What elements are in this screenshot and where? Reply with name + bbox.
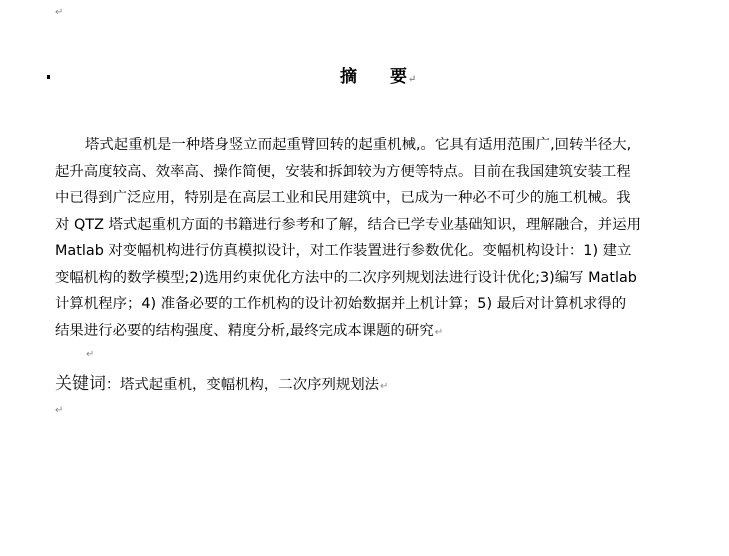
paragraph-mark: ↵ <box>86 350 94 360</box>
abstract-line: 中已得到广泛应用，特别是在高层工业和民用建筑中，已成为一种必不可少的施工机械。我 <box>55 185 705 212</box>
paragraph-mark: ↵ <box>55 8 63 18</box>
keywords-label: 关键词 <box>55 374 106 394</box>
paragraph-mark: ↵ <box>380 381 388 392</box>
title-char-1: 摘 <box>340 67 357 87</box>
abstract-line: 计算机程序；4) 准备必要的工作机构的设计初始数据并上机计算；5) 最后对计算机… <box>55 291 705 318</box>
paragraph-mark: ↵ <box>55 406 63 416</box>
abstract-line-last: 结果进行必要的结构强度、精度分析,最终完成本课题的研究↵ <box>55 318 705 345</box>
abstract-line: Matlab 对变幅机构进行仿真模拟设计，对工作装置进行参数优化。变幅机构设计：… <box>55 238 705 265</box>
keywords-line[interactable]: 关键词：塔式起重机，变幅机构，二次序列规划法↵ <box>55 372 388 399</box>
keywords-colon: ： <box>106 377 120 393</box>
abstract-body[interactable]: 塔式起重机是一种塔身竖立而起重臂回转的起重机械,。它具有适用范围广,回转半径大,… <box>55 132 705 344</box>
paragraph-mark: ↵ <box>408 74 416 85</box>
abstract-line: 塔式起重机是一种塔身竖立而起重臂回转的起重机械,。它具有适用范围广,回转半径大, <box>55 132 705 159</box>
abstract-line: 变幅机构的数学模型;2)选用约束优化方法中的二次序列规划法进行设计优化;3)编写… <box>55 265 705 292</box>
abstract-line: 对 QTZ 塔式起重机方面的书籍进行参考和了解，结合已学专业基础知识，理解融合，… <box>55 212 705 239</box>
abstract-title: 摘要↵ <box>340 66 416 91</box>
abstract-line-text: 结果进行必要的结构强度、精度分析,最终完成本课题的研究 <box>55 323 434 339</box>
abstract-line: 起升高度较高、效率高、操作简便，安装和拆卸较为方便等特点。目前在我国建筑安装工程 <box>55 159 705 186</box>
keywords-value: 塔式起重机，变幅机构，二次序列规划法 <box>120 377 379 393</box>
paragraph-mark: ↵ <box>435 327 443 338</box>
title-char-2: 要 <box>390 67 407 87</box>
bullet-marker <box>47 75 50 79</box>
